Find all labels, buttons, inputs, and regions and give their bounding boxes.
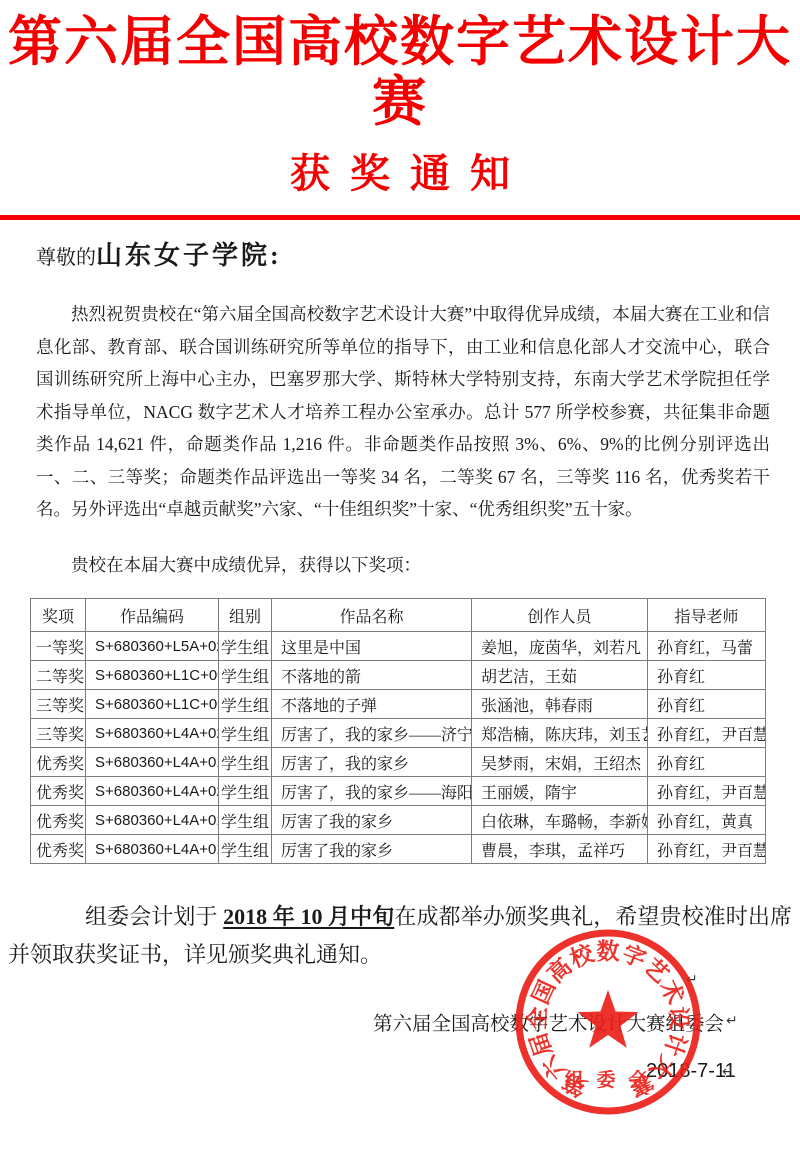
- table-row: 一等奖 S+680360+L5A+027 学生组 这里是中国 姜旭，庞茵华，刘若…: [31, 632, 766, 661]
- cell-group: 学生组: [219, 748, 272, 777]
- cell-advisors: 孙育红，尹百慧: [648, 835, 766, 864]
- cell-award: 三等奖: [31, 690, 86, 719]
- cell-advisors: 孙育红，尹百慧: [648, 719, 766, 748]
- col-header-group: 组别: [219, 599, 272, 632]
- cell-code: S+680360+L4A+012: [86, 835, 219, 864]
- cell-advisors: 孙育红: [648, 748, 766, 777]
- cell-creators: 郑浩楠，陈庆玮，刘玉艺: [472, 719, 648, 748]
- cell-award: 二等奖: [31, 661, 86, 690]
- paragraph-mark: ↵: [726, 1013, 738, 1029]
- ceremony-date-emphasis: 2018 年 10 月中旬: [223, 904, 394, 929]
- cell-award: 优秀奖: [31, 806, 86, 835]
- cell-work-title: 厉害了，我的家乡: [272, 748, 472, 777]
- stamp-ring-char: 数: [597, 939, 620, 964]
- cell-group: 学生组: [219, 777, 272, 806]
- cell-work-title: 厉害了我的家乡: [272, 806, 472, 835]
- cell-group: 学生组: [219, 690, 272, 719]
- cell-creators: 胡艺洁，王茹: [472, 661, 648, 690]
- awards-table: 奖项 作品编码 组别 作品名称 创作人员 指导老师 一等奖 S+680360+L…: [30, 598, 766, 864]
- cell-creators: 曹晨，李琪，孟祥巧: [472, 835, 648, 864]
- greeting-prefix: 尊敬的: [36, 247, 96, 269]
- cell-advisors: 孙育红，尹百慧: [648, 777, 766, 806]
- closing-text-prefix: 组委会计划于: [85, 904, 223, 929]
- greeting-line: 尊敬的山东女子学院:: [36, 241, 800, 273]
- cell-code: S+680360+L4A+014: [86, 748, 219, 777]
- table-row: 优秀奖 S+680360+L4A+014 学生组 厉害了，我的家乡 吴梦雨，宋娟…: [31, 748, 766, 777]
- cell-advisors: 孙育红，马蕾: [648, 632, 766, 661]
- col-header-award: 奖项: [31, 599, 86, 632]
- cell-work-title: 厉害了，我的家乡——济宁: [272, 719, 472, 748]
- col-header-work-title: 作品名称: [272, 599, 472, 632]
- cell-code: S+680360+L4A+019: [86, 806, 219, 835]
- table-row: 优秀奖 S+680360+L4A+012 学生组 厉害了我的家乡 曹晨，李琪，孟…: [31, 835, 766, 864]
- cell-work-title: 这里是中国: [272, 632, 472, 661]
- table-row: 优秀奖 S+680360+L4A+019 学生组 厉害了我的家乡 白依琳，车璐畅…: [31, 806, 766, 835]
- stamp-ring-char: 设: [665, 1006, 691, 1030]
- cell-award: 优秀奖: [31, 748, 86, 777]
- col-header-advisors: 指导老师: [648, 599, 766, 632]
- cell-advisors: 孙育红，黄真: [648, 806, 766, 835]
- table-row: 优秀奖 S+680360+L4A+025 学生组 厉害了，我的家乡——海阳 王丽…: [31, 777, 766, 806]
- cell-work-title: 厉害了我的家乡: [272, 835, 472, 864]
- cell-award: 优秀奖: [31, 777, 86, 806]
- stamp-bottom-text: 组 委 会: [565, 1068, 652, 1091]
- cell-group: 学生组: [219, 632, 272, 661]
- school-name: 山东女子学院:: [96, 241, 282, 270]
- table-header-row: 奖项 作品编码 组别 作品名称 创作人员 指导老师: [31, 599, 766, 632]
- cell-code: S+680360+L4A+025: [86, 777, 219, 806]
- cell-advisors: 孙育红: [648, 690, 766, 719]
- table-row: 二等奖 S+680360+L1C+004 学生组 不落地的箭 胡艺洁，王茹 孙育…: [31, 661, 766, 690]
- col-header-code: 作品编码: [86, 599, 219, 632]
- cell-code: S+680360+L1C+004: [86, 661, 219, 690]
- cell-group: 学生组: [219, 835, 272, 864]
- cell-code: S+680360+L5A+027: [86, 632, 219, 661]
- table-row: 三等奖 S+680360+L1C+007 学生组 不落地的子弹 张涵池，韩春雨 …: [31, 690, 766, 719]
- cell-code: S+680360+L4A+026: [86, 719, 219, 748]
- cell-creators: 王丽媛，隋宇: [472, 777, 648, 806]
- awards-intro-paragraph: 贵校在本届大赛中成绩优异，获得以下奖项：: [36, 549, 770, 582]
- cell-advisors: 孙育红: [648, 661, 766, 690]
- official-seal-stamp: 第 六 届 全 国 高 校 数 字 艺 术 设 计 大 赛 组 委 会: [508, 922, 708, 1122]
- cell-group: 学生组: [219, 661, 272, 690]
- title-divider-rule: [0, 215, 800, 220]
- cell-award: 三等奖: [31, 719, 86, 748]
- cell-creators: 张涵池，韩春雨: [472, 690, 648, 719]
- stamp-star-icon: [578, 990, 639, 1048]
- intro-paragraph: 热烈祝贺贵校在“第六届全国高校数字艺术设计大赛”中取得优异成绩，本届大赛在工业和…: [36, 298, 770, 526]
- cell-creators: 姜旭，庞茵华，刘若凡: [472, 632, 648, 661]
- cell-group: 学生组: [219, 806, 272, 835]
- cell-work-title: 厉害了，我的家乡——海阳: [272, 777, 472, 806]
- page-subtitle: 获奖通知: [0, 152, 800, 196]
- stamp-ring-char: 全: [524, 1006, 551, 1030]
- cell-creators: 吴梦雨，宋娟，王绍杰: [472, 748, 648, 777]
- cell-work-title: 不落地的箭: [272, 661, 472, 690]
- page-title: 第六届全国高校数字艺术设计大赛: [0, 0, 800, 132]
- cell-group: 学生组: [219, 719, 272, 748]
- cell-award: 一等奖: [31, 632, 86, 661]
- cell-creators: 白依琳，车璐畅，李新婕: [472, 806, 648, 835]
- award-notice-document: 第六届全国高校数字艺术设计大赛 获奖通知 尊敬的山东女子学院: 热烈祝贺贵校在“…: [0, 0, 800, 1152]
- col-header-creators: 创作人员: [472, 599, 648, 632]
- cell-code: S+680360+L1C+007: [86, 690, 219, 719]
- table-row: 三等奖 S+680360+L4A+026 学生组 厉害了，我的家乡——济宁 郑浩…: [31, 719, 766, 748]
- paragraph-mark: ↵: [722, 1064, 734, 1080]
- cell-award: 优秀奖: [31, 835, 86, 864]
- cell-work-title: 不落地的子弹: [272, 690, 472, 719]
